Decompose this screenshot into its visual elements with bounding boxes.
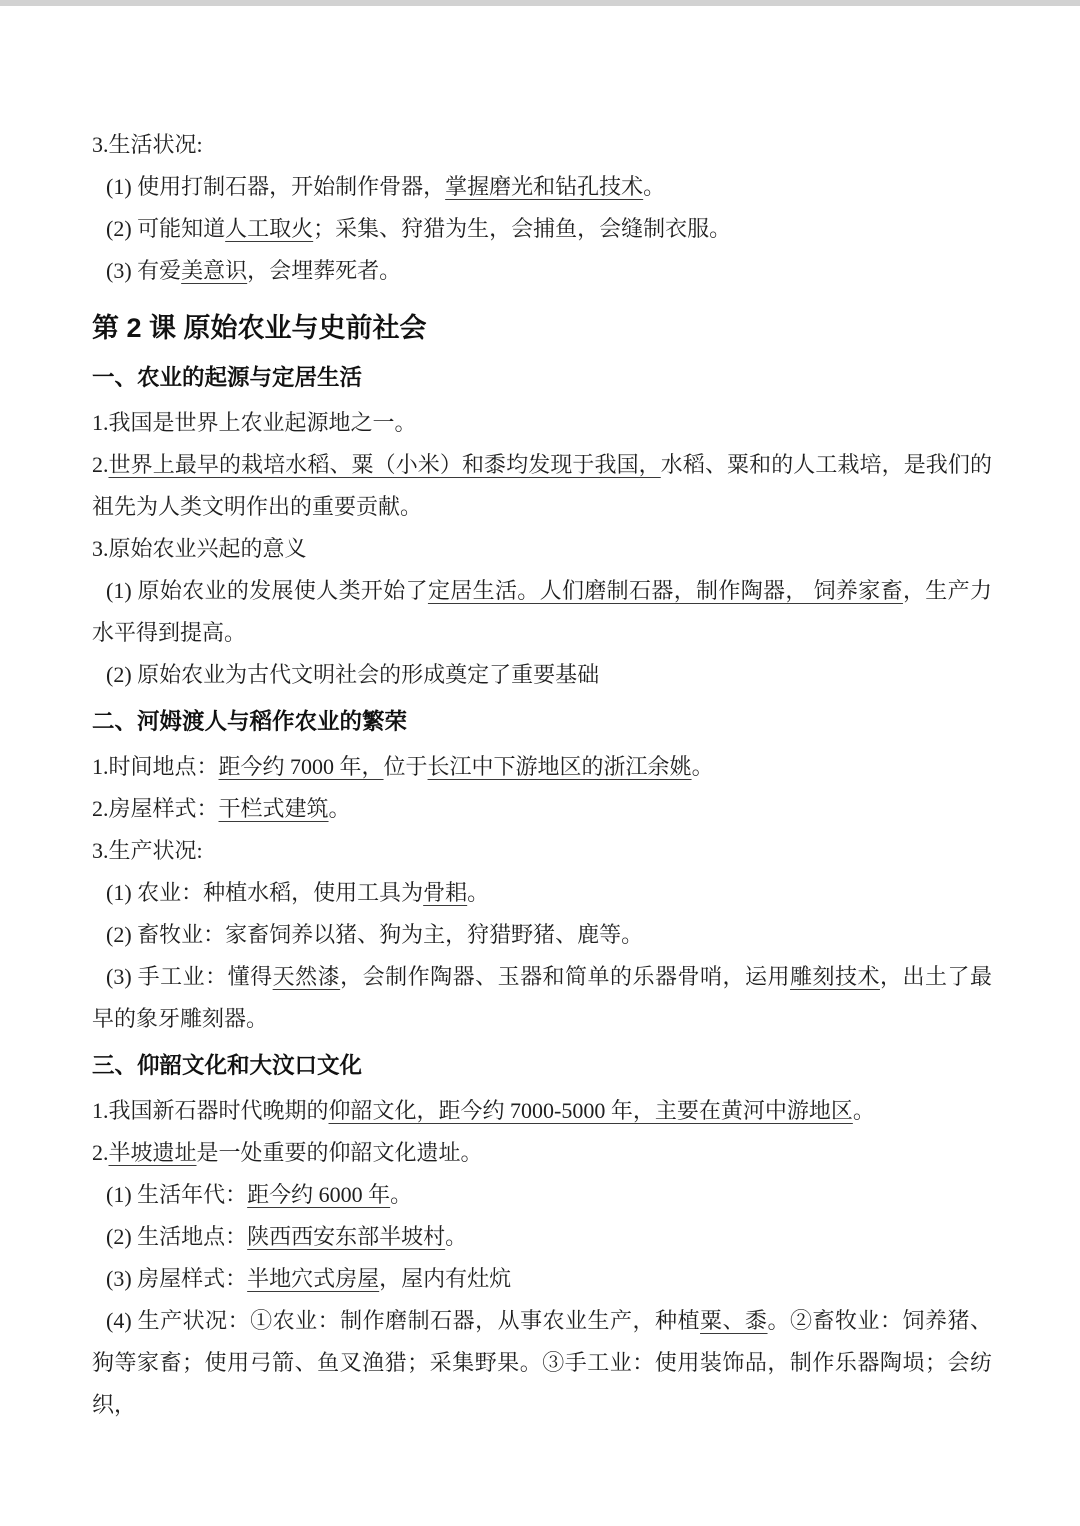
- text-run: 二、河姆渡人与稻作农业的繁荣: [92, 709, 407, 734]
- underlined-text: 半地穴式房屋: [247, 1266, 379, 1291]
- paragraph-item-3: (3) 有爱美意识，会埋葬死者。: [92, 250, 992, 292]
- text-run: (4) 生产状况：①农业：制作磨制石器，从事农业生产，种植: [106, 1308, 700, 1333]
- underlined-text: 长江中下游地区的浙江余姚: [428, 754, 692, 779]
- text-run: 3.生活状况:: [92, 132, 203, 157]
- paragraph-banpo-location: (2) 生活地点：陕西西安东部半坡村。: [92, 1216, 992, 1258]
- text-run: ，屋内有灶炕: [379, 1266, 511, 1291]
- document-content: 3.生活状况:(1) 使用打制石器，开始制作骨器，掌握磨光和钻孔技术。(2) 可…: [92, 124, 992, 1426]
- text-run: 。: [467, 880, 489, 905]
- underlined-text: 定居生活。人们磨制石器，制作陶器， 饲养家畜: [428, 578, 903, 603]
- text-run: ，会埋葬死者。: [247, 258, 401, 283]
- underlined-text: 世界上最早的栽培水稻、粟（小米）和黍均发现于我国，: [109, 452, 661, 477]
- text-run: (2) 可能知道: [106, 216, 225, 241]
- text-run: 一、农业的起源与定居生活: [92, 365, 362, 390]
- paragraph-living-conditions-label: 3.生活状况:: [92, 124, 992, 166]
- paragraph-banpo-house: (3) 房屋样式：半地穴式房屋，屋内有灶炕: [92, 1258, 992, 1300]
- underlined-text: 仰韶文化，距今约 7000-5000 年，主要在黄河中游地区: [329, 1098, 853, 1123]
- paragraph-hemudu-2: 2.房屋样式：干栏式建筑。: [92, 788, 992, 830]
- underlined-text: 骨耜: [423, 880, 467, 905]
- underlined-text: 陕西西安东部半坡村: [247, 1224, 445, 1249]
- text-run: (3) 有爱: [106, 258, 181, 283]
- paragraph-origin-2: 2.世界上最早的栽培水稻、粟（小米）和黍均发现于我国，水稻、粟和的人工栽培，是我…: [92, 444, 992, 528]
- top-edge-bar: [0, 0, 1080, 6]
- underlined-text: 粟、黍: [700, 1308, 768, 1333]
- underlined-text: 干栏式建筑: [219, 796, 329, 821]
- text-run: ；采集、狩猎为生，会捕鱼，会缝制衣服。: [313, 216, 731, 241]
- text-run: 1.我国新石器时代晚期的: [92, 1098, 329, 1123]
- underlined-text: 雕刻技术: [790, 964, 880, 989]
- paragraph-banpo-production: (4) 生产状况：①农业：制作磨制石器，从事农业生产，种植粟、黍。②畜牧业：饲养…: [92, 1300, 992, 1426]
- text-run: 位于: [384, 754, 428, 779]
- text-run: 。: [643, 174, 665, 199]
- paragraph-significance-1: (1) 原始农业的发展使人类开始了定居生活。人们磨制石器，制作陶器， 饲养家畜，…: [92, 570, 992, 654]
- paragraph-hemudu-1: 1.时间地点：距今约 7000 年，位于长江中下游地区的浙江余姚。: [92, 746, 992, 788]
- text-run: (3) 房屋样式：: [106, 1266, 247, 1291]
- text-run: ，会制作陶器、玉器和简单的乐器骨哨，运用: [340, 964, 790, 989]
- text-run: (1) 原始农业的发展使人类开始了: [106, 578, 428, 603]
- underlined-text: 距今约 7000 年，: [219, 754, 384, 779]
- text-run: 。: [692, 754, 714, 779]
- text-run: 3.原始农业兴起的意义: [92, 536, 307, 561]
- section-heading-1: 一、农业的起源与定居生活: [92, 356, 992, 400]
- underlined-text: 美意识: [181, 258, 247, 283]
- text-run: (1) 农业：种植水稻，使用工具为: [106, 880, 423, 905]
- text-run: 2.房屋样式：: [92, 796, 219, 821]
- text-run: 。: [853, 1098, 875, 1123]
- text-run: 是一处重要的仰韶文化遗址。: [197, 1140, 483, 1165]
- underlined-text: 半坡遗址: [109, 1140, 197, 1165]
- underlined-text: 人工取火: [225, 216, 313, 241]
- paragraph-item-2: (2) 可能知道人工取火；采集、狩猎为生，会捕鱼，会缝制衣服。: [92, 208, 992, 250]
- text-run: 1.我国是世界上农业起源地之一。: [92, 410, 417, 435]
- text-run: (2) 畜牧业：家畜饲养以猪、狗为主，狩猎野猪、鹿等。: [106, 922, 643, 947]
- paragraph-banpo-era: (1) 生活年代：距今约 6000 年。: [92, 1174, 992, 1216]
- text-run: 。: [329, 796, 351, 821]
- paragraph-origin-1: 1.我国是世界上农业起源地之一。: [92, 402, 992, 444]
- text-run: 三、仰韶文化和大汶口文化: [92, 1053, 362, 1078]
- paragraph-item-1: (1) 使用打制石器，开始制作骨器，掌握磨光和钻孔技术。: [92, 166, 992, 208]
- text-run: (3) 手工业：懂得: [106, 964, 273, 989]
- paragraph-yangshao-2: 2.半坡遗址是一处重要的仰韶文化遗址。: [92, 1132, 992, 1174]
- text-run: 1.时间地点：: [92, 754, 219, 779]
- text-run: 。: [445, 1224, 467, 1249]
- text-run: (2) 原始农业为古代文明社会的形成奠定了重要基础: [106, 662, 599, 687]
- text-run: 3.生产状况:: [92, 838, 203, 863]
- text-run: (1) 生活年代：: [106, 1182, 247, 1207]
- lesson-title: 第 2 课 原始农业与史前社会: [92, 304, 992, 352]
- text-run: (1) 使用打制石器，开始制作骨器，: [106, 174, 445, 199]
- section-heading-3: 三、仰韶文化和大汶口文化: [92, 1044, 992, 1088]
- paragraph-yangshao-1: 1.我国新石器时代晚期的仰韶文化，距今约 7000-5000 年，主要在黄河中游…: [92, 1090, 992, 1132]
- paragraph-hemudu-husbandry: (2) 畜牧业：家畜饲养以猪、狗为主，狩猎野猪、鹿等。: [92, 914, 992, 956]
- paragraph-significance-2: (2) 原始农业为古代文明社会的形成奠定了重要基础: [92, 654, 992, 696]
- underlined-text: 天然漆: [273, 964, 340, 989]
- document-page: 3.生活状况:(1) 使用打制石器，开始制作骨器，掌握磨光和钻孔技术。(2) 可…: [0, 0, 1080, 1526]
- paragraph-origin-3: 3.原始农业兴起的意义: [92, 528, 992, 570]
- paragraph-hemudu-handicraft: (3) 手工业：懂得天然漆，会制作陶器、玉器和简单的乐器骨哨，运用雕刻技术，出土…: [92, 956, 992, 1040]
- underlined-text: 距今约 6000 年: [247, 1182, 390, 1207]
- text-run: (2) 生活地点：: [106, 1224, 247, 1249]
- text-run: 2.: [92, 1140, 109, 1165]
- text-run: 第 2 课 原始农业与史前社会: [92, 313, 427, 343]
- section-heading-2: 二、河姆渡人与稻作农业的繁荣: [92, 700, 992, 744]
- text-run: 2.: [92, 452, 109, 477]
- underlined-text: 掌握磨光和钻孔技术: [445, 174, 643, 199]
- paragraph-hemudu-agriculture: (1) 农业：种植水稻，使用工具为骨耜。: [92, 872, 992, 914]
- text-run: 。: [390, 1182, 412, 1207]
- paragraph-hemudu-3: 3.生产状况:: [92, 830, 992, 872]
